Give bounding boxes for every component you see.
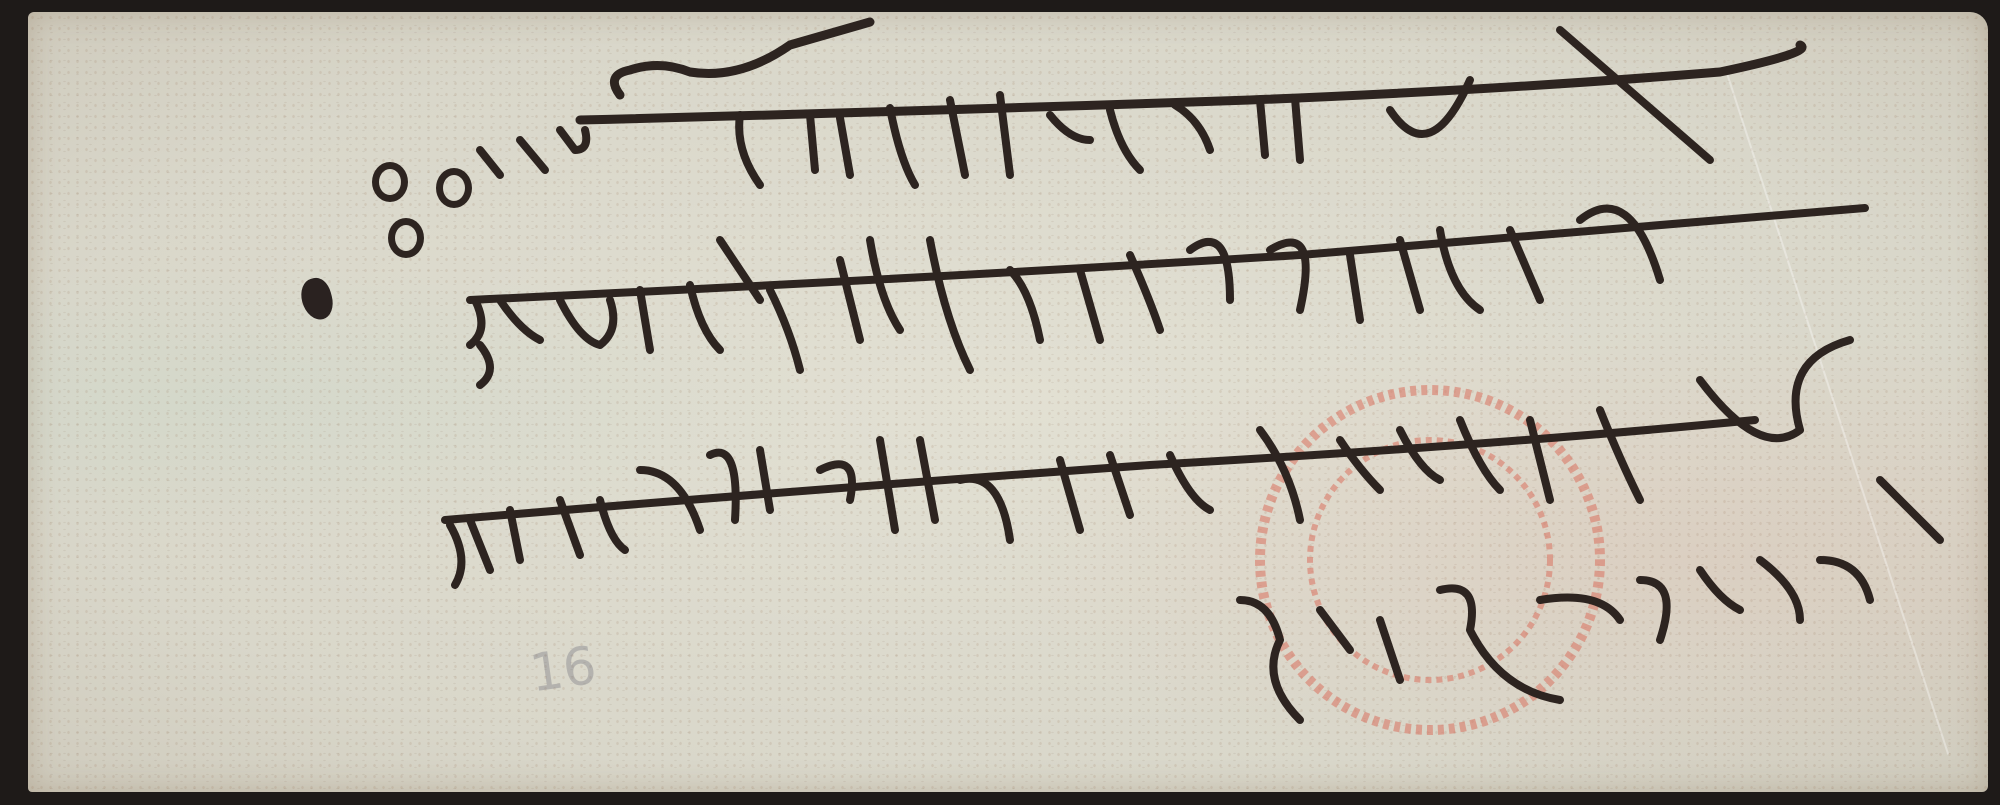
address-line-2 [470, 208, 1865, 385]
handwriting-layer [0, 0, 2000, 805]
address-line-3 [445, 340, 1850, 585]
date-line [1240, 480, 1940, 720]
address-line-1 [580, 30, 1802, 185]
